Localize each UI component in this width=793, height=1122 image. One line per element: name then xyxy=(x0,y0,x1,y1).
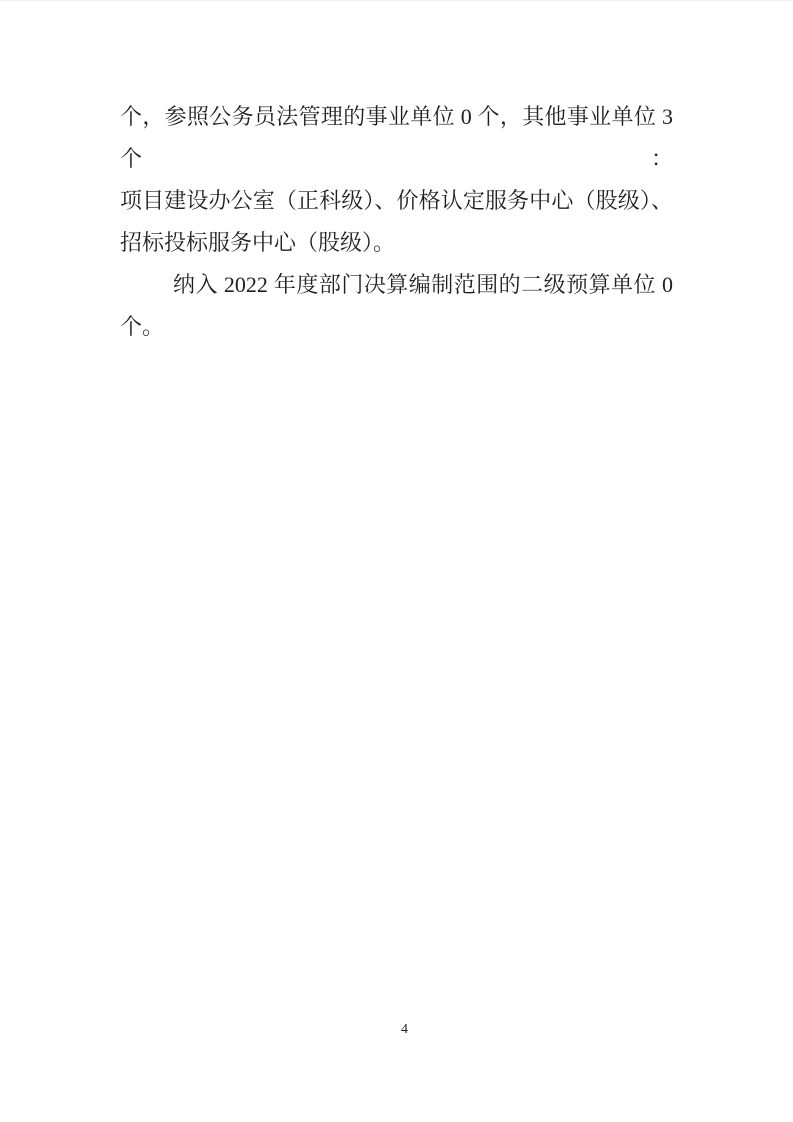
document-page: 个，参照公务员法管理的事业单位 0 个，其他事业单位 3 个： 项目建设办公室（… xyxy=(0,0,793,1122)
paragraph-1-line-3: 招标投标服务中心（股级）。 xyxy=(120,222,673,264)
page-number: 4 xyxy=(401,1021,408,1039)
paragraph-1-line-1: 个，参照公务员法管理的事业单位 0 个，其他事业单位 3 个： xyxy=(120,96,673,180)
paragraph-2-line-1: 纳入 2022 年度部门决算编制范围的二级预算单位 0 xyxy=(120,264,673,306)
body-text: 个，参照公务员法管理的事业单位 0 个，其他事业单位 3 个： 项目建设办公室（… xyxy=(120,96,673,348)
paragraph-2-line-2: 个。 xyxy=(120,306,673,348)
page-footer: 4 xyxy=(0,1020,793,1039)
paragraph-1-line-2: 项目建设办公室（正科级）、价格认定服务中心（股级）、 xyxy=(120,180,673,222)
